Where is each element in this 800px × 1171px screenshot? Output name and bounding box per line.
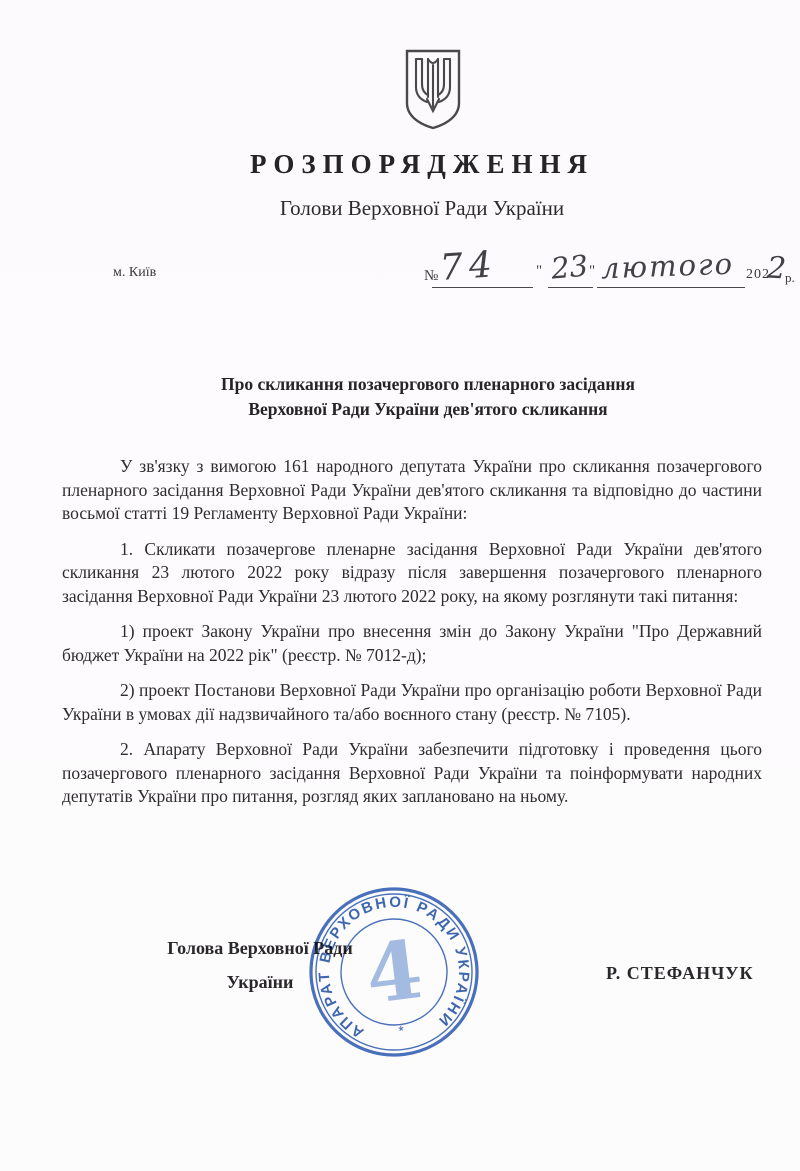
document-body: У зв'язку з вимогою 161 народного депута… [62, 455, 762, 821]
subject-line-2: Верховної Ради України дев'ятого скликан… [28, 397, 800, 422]
subject-heading: Про скликання позачергового пленарного з… [28, 372, 800, 422]
handwritten-document-number: 74 [439, 244, 500, 289]
year-suffix-label: р. [785, 270, 795, 286]
subject-line-1: Про скликання позачергового пленарного з… [28, 372, 800, 397]
paragraph-item-2: 2. Апарату Верховної Ради України забезп… [62, 738, 762, 809]
handwritten-month: лютого [600, 247, 734, 286]
number-underline [432, 287, 533, 288]
official-round-stamp: 4 АПАРАТ ВЕРХОВНОЇ РАДИ УКРАЇНИ * [296, 874, 492, 1070]
document-issuer-subtitle: Голови Верховної Ради України [22, 196, 800, 221]
day-underline [548, 287, 593, 288]
month-underline [597, 287, 745, 288]
document-type-title: РОЗПОРЯДЖЕННЯ [22, 149, 800, 180]
paragraph-preamble: У зв'язку з вимогою 161 народного депута… [62, 455, 762, 526]
signatory-name: Р. СТЕФАНЧУК [606, 963, 754, 984]
paragraph-subitem-2: 2) проект Постанови Верховної Ради Украї… [62, 679, 762, 726]
handwritten-day: 23 [550, 248, 590, 285]
paragraph-item-1: 1. Скликати позачергове пленарне засідан… [62, 538, 762, 609]
document-page: РОЗПОРЯДЖЕННЯ Голови Верховної Ради Укра… [0, 0, 800, 1171]
ukraine-trident-icon [401, 47, 465, 131]
stamp-center-number: 4 [361, 922, 428, 1022]
number-sign-label: № [424, 268, 438, 285]
city-label: м. Київ [113, 265, 156, 281]
handwritten-year-digit: 2 [766, 251, 787, 287]
paragraph-subitem-1: 1) проект Закону України про внесення зм… [62, 620, 762, 667]
day-close-quote: " [589, 263, 595, 280]
day-open-quote: " [536, 263, 542, 280]
